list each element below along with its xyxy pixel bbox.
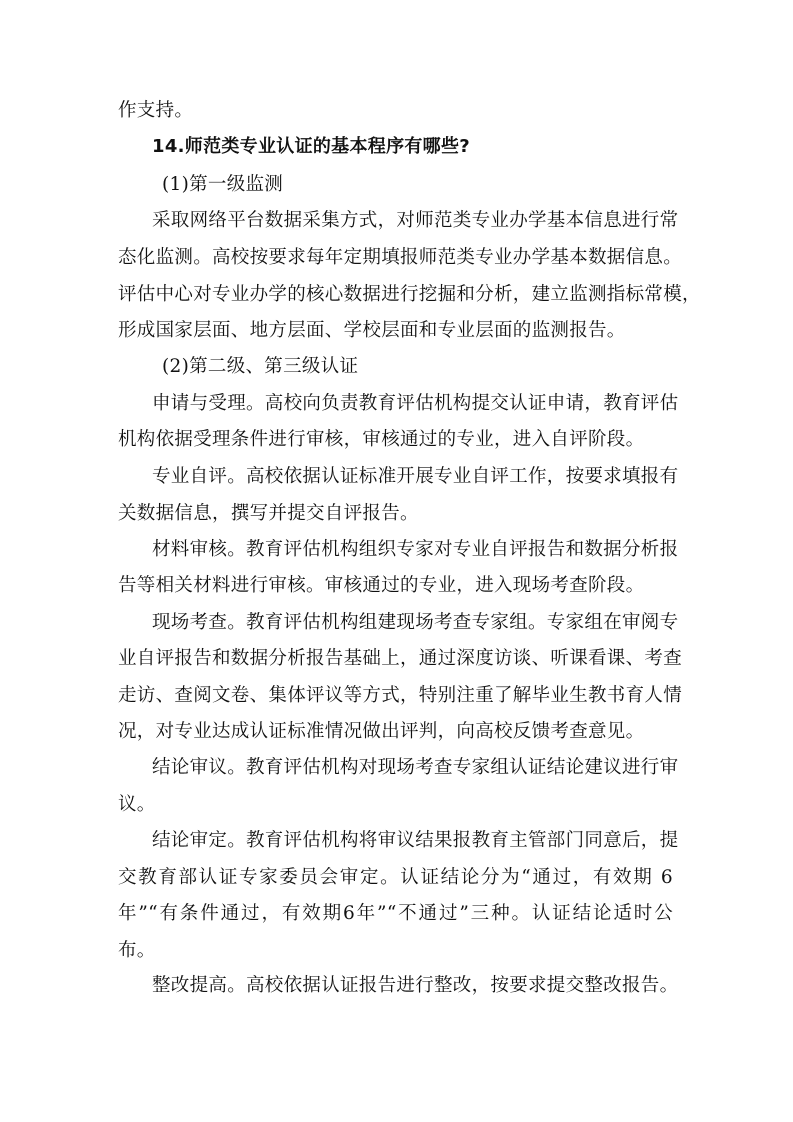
continuation-text: 作支持。: [118, 99, 678, 123]
paragraph-line: 年”“有条件通过，有效期6年”“不通过”三种。认证结论适时公: [118, 902, 673, 926]
paragraph-line: 布。: [118, 939, 678, 963]
section1-title: (1)第一级监测: [162, 173, 722, 197]
paragraph-line: 交教育部认证专家委员会审定。认证结论分为“通过，有效期 6: [118, 866, 673, 890]
paragraph-line: 申请与受理。高校向负责教育评估机构提交认证申请，教育评估: [152, 392, 673, 416]
paragraph-line: 采取网络平台数据采集方式，对师范类专业办学基本信息进行常: [152, 209, 673, 233]
paragraph-line: 材料审核。教育评估机构组织专家对专业自评报告和数据分析报: [152, 538, 673, 562]
paragraph-line: 形成国家层面、地方层面、学校层面和专业层面的监测报告。: [118, 319, 678, 343]
paragraph-line: 整改提高。高校依据认证报告进行整改，按要求提交整改报告。: [152, 974, 673, 998]
paragraph-line: 关数据信息，撰写并提交自评报告。: [118, 502, 678, 526]
paragraph-line: 走访、查阅文卷、集体评议等方式，特别注重了解毕业生教书育人情: [118, 684, 673, 708]
paragraph-line: 评估中心对专业办学的核心数据进行挖掘和分析，建立监测指标常模，: [118, 283, 676, 307]
paragraph-line: 告等相关材料进行审核。审核通过的专业，进入现场考查阶段。: [118, 574, 678, 598]
section2-title: (2)第二级、第三级认证: [162, 355, 722, 379]
paragraph-line: 议。: [118, 793, 678, 817]
paragraph-line: 态化监测。高校按要求每年定期填报师范类专业办学基本数据信息。: [118, 246, 673, 270]
paragraph-line: 现场考查。教育评估机构组建现场考查专家组。专家组在审阅专: [152, 611, 673, 635]
paragraph-line: 机构依据受理条件进行审核，审核通过的专业，进入自评阶段。: [118, 428, 678, 452]
paragraph-line: 结论审议。教育评估机构对现场考查专家组认证结论建议进行审: [152, 756, 673, 780]
paragraph-line: 结论审定。教育评估机构将审议结果报教育主管部门同意后，提: [152, 829, 673, 853]
question-heading: 14.师范类专业认证的基本程序有哪些?: [152, 135, 712, 159]
document-page: 作支持。 14.师范类专业认证的基本程序有哪些? (1)第一级监测 采取网络平台…: [0, 0, 793, 1122]
paragraph-line: 业自评报告和数据分析报告基础上，通过深度访谈、听课看课、考查: [118, 647, 673, 671]
paragraph-line: 况，对专业达成认证标准情况做出评判，向高校反馈考查意见。: [118, 720, 678, 744]
paragraph-line: 专业自评。高校依据认证标准开展专业自评工作，按要求填报有: [152, 465, 673, 489]
